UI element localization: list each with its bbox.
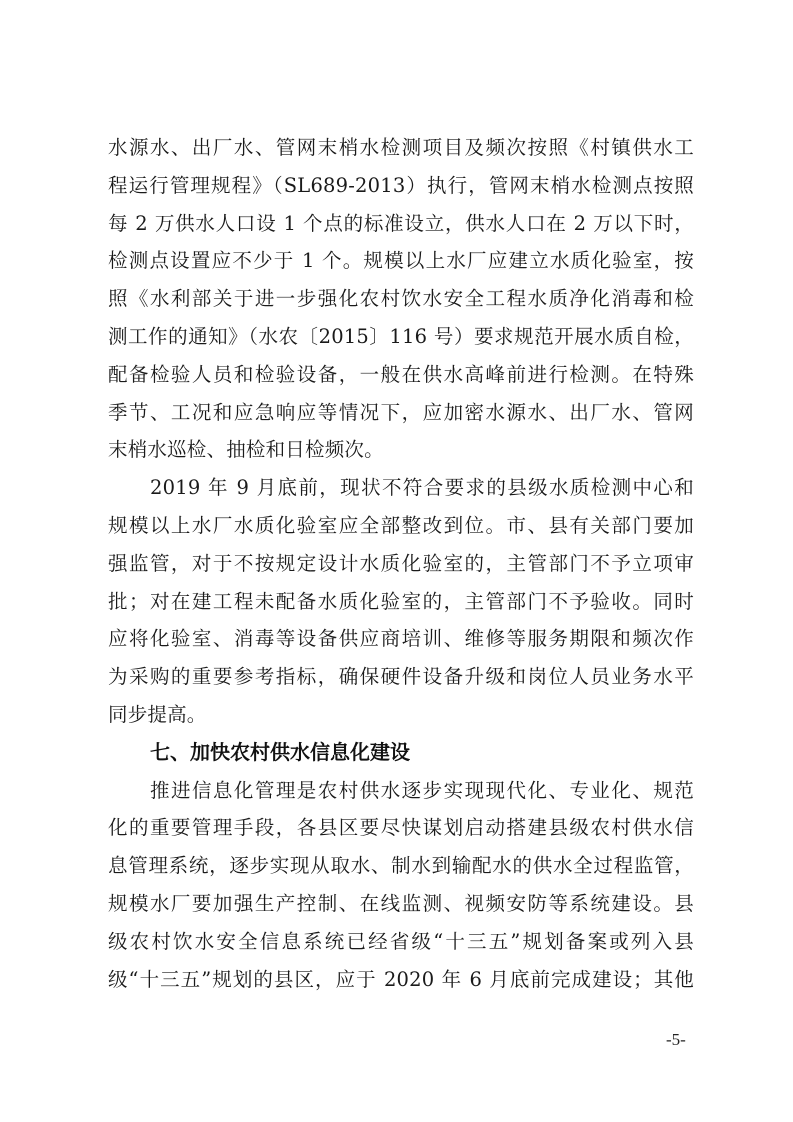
text-line: 推进信息化管理是农村供水逐步实现现代化、专业化、规范 xyxy=(108,772,694,810)
paragraph-informatization: 推进信息化管理是农村供水逐步实现现代化、专业化、规范 化的重要管理手段，各县区要… xyxy=(108,772,694,999)
text-line: 息管理系统，逐步实现从取水、制水到输配水的供水全过程监管， xyxy=(108,847,694,885)
page-number: -5- xyxy=(666,1030,686,1050)
body-text: 水源水、出厂水、管网末梢水检测项目及频次按照《村镇供水工 程运行管理规程》（SL… xyxy=(108,129,694,998)
text-line: 规模以上水厂水质化验室应全部整改到位。市、县有关部门要加 xyxy=(108,507,694,545)
paragraph-water-testing: 水源水、出厂水、管网末梢水检测项目及频次按照《村镇供水工 程运行管理规程》（SL… xyxy=(108,129,694,469)
text-line: 水源水、出厂水、管网末梢水检测项目及频次按照《村镇供水工 xyxy=(108,129,694,167)
text-line: 级“十三五”规划的县区，应于 2020 年 6 月底前完成建设；其他 xyxy=(108,961,694,999)
text-line: 末梢水巡检、抽检和日检频次。 xyxy=(108,431,694,469)
text-line: 应将化验室、消毒等设备供应商培训、维修等服务期限和频次作 xyxy=(108,620,694,658)
text-line: 2019 年 9 月底前，现状不符合要求的县级水质检测中心和 xyxy=(108,469,694,507)
text-line: 强监管，对于不按规定设计水质化验室的，主管部门不予立项审 xyxy=(108,545,694,583)
text-line: 级农村饮水安全信息系统已经省级“十三五”规划备案或列入县 xyxy=(108,923,694,961)
text-line: 配备检验人员和检验设备，一般在供水高峰前进行检测。在特殊 xyxy=(108,356,694,394)
text-line: 照《水利部关于进一步强化农村饮水安全工程水质净化消毒和检 xyxy=(108,280,694,318)
text-line: 每 2 万供水人口设 1 个点的标准设立，供水人口在 2 万以下时， xyxy=(108,205,694,243)
text-line: 测工作的通知》（水农〔2015〕116 号）要求规范开展水质自检， xyxy=(108,318,694,356)
text-line: 季节、工况和应急响应等情况下，应加密水源水、出厂水、管网 xyxy=(108,394,694,432)
text-line: 检测点设置应不少于 1 个。规模以上水厂应建立水质化验室，按 xyxy=(108,242,694,280)
text-line: 为采购的重要参考指标，确保硬件设备升级和岗位人员业务水平 xyxy=(108,658,694,696)
section-heading: 七、加快农村供水信息化建设 xyxy=(108,734,694,772)
document-page: 水源水、出厂水、管网末梢水检测项目及频次按照《村镇供水工 程运行管理规程》（SL… xyxy=(0,0,793,1122)
text-line: 化的重要管理手段，各县区要尽快谋划启动搭建县级农村供水信 xyxy=(108,809,694,847)
paragraph-deadline-2019: 2019 年 9 月底前，现状不符合要求的县级水质检测中心和 规模以上水厂水质化… xyxy=(108,469,694,734)
text-line: 程运行管理规程》（SL689-2013）执行，管网末梢水检测点按照 xyxy=(108,167,694,205)
text-line: 批；对在建工程未配备水质化验室的，主管部门不予验收。同时 xyxy=(108,583,694,621)
text-line: 同步提高。 xyxy=(108,696,694,734)
text-line: 规模水厂要加强生产控制、在线监测、视频安防等系统建设。县 xyxy=(108,885,694,923)
